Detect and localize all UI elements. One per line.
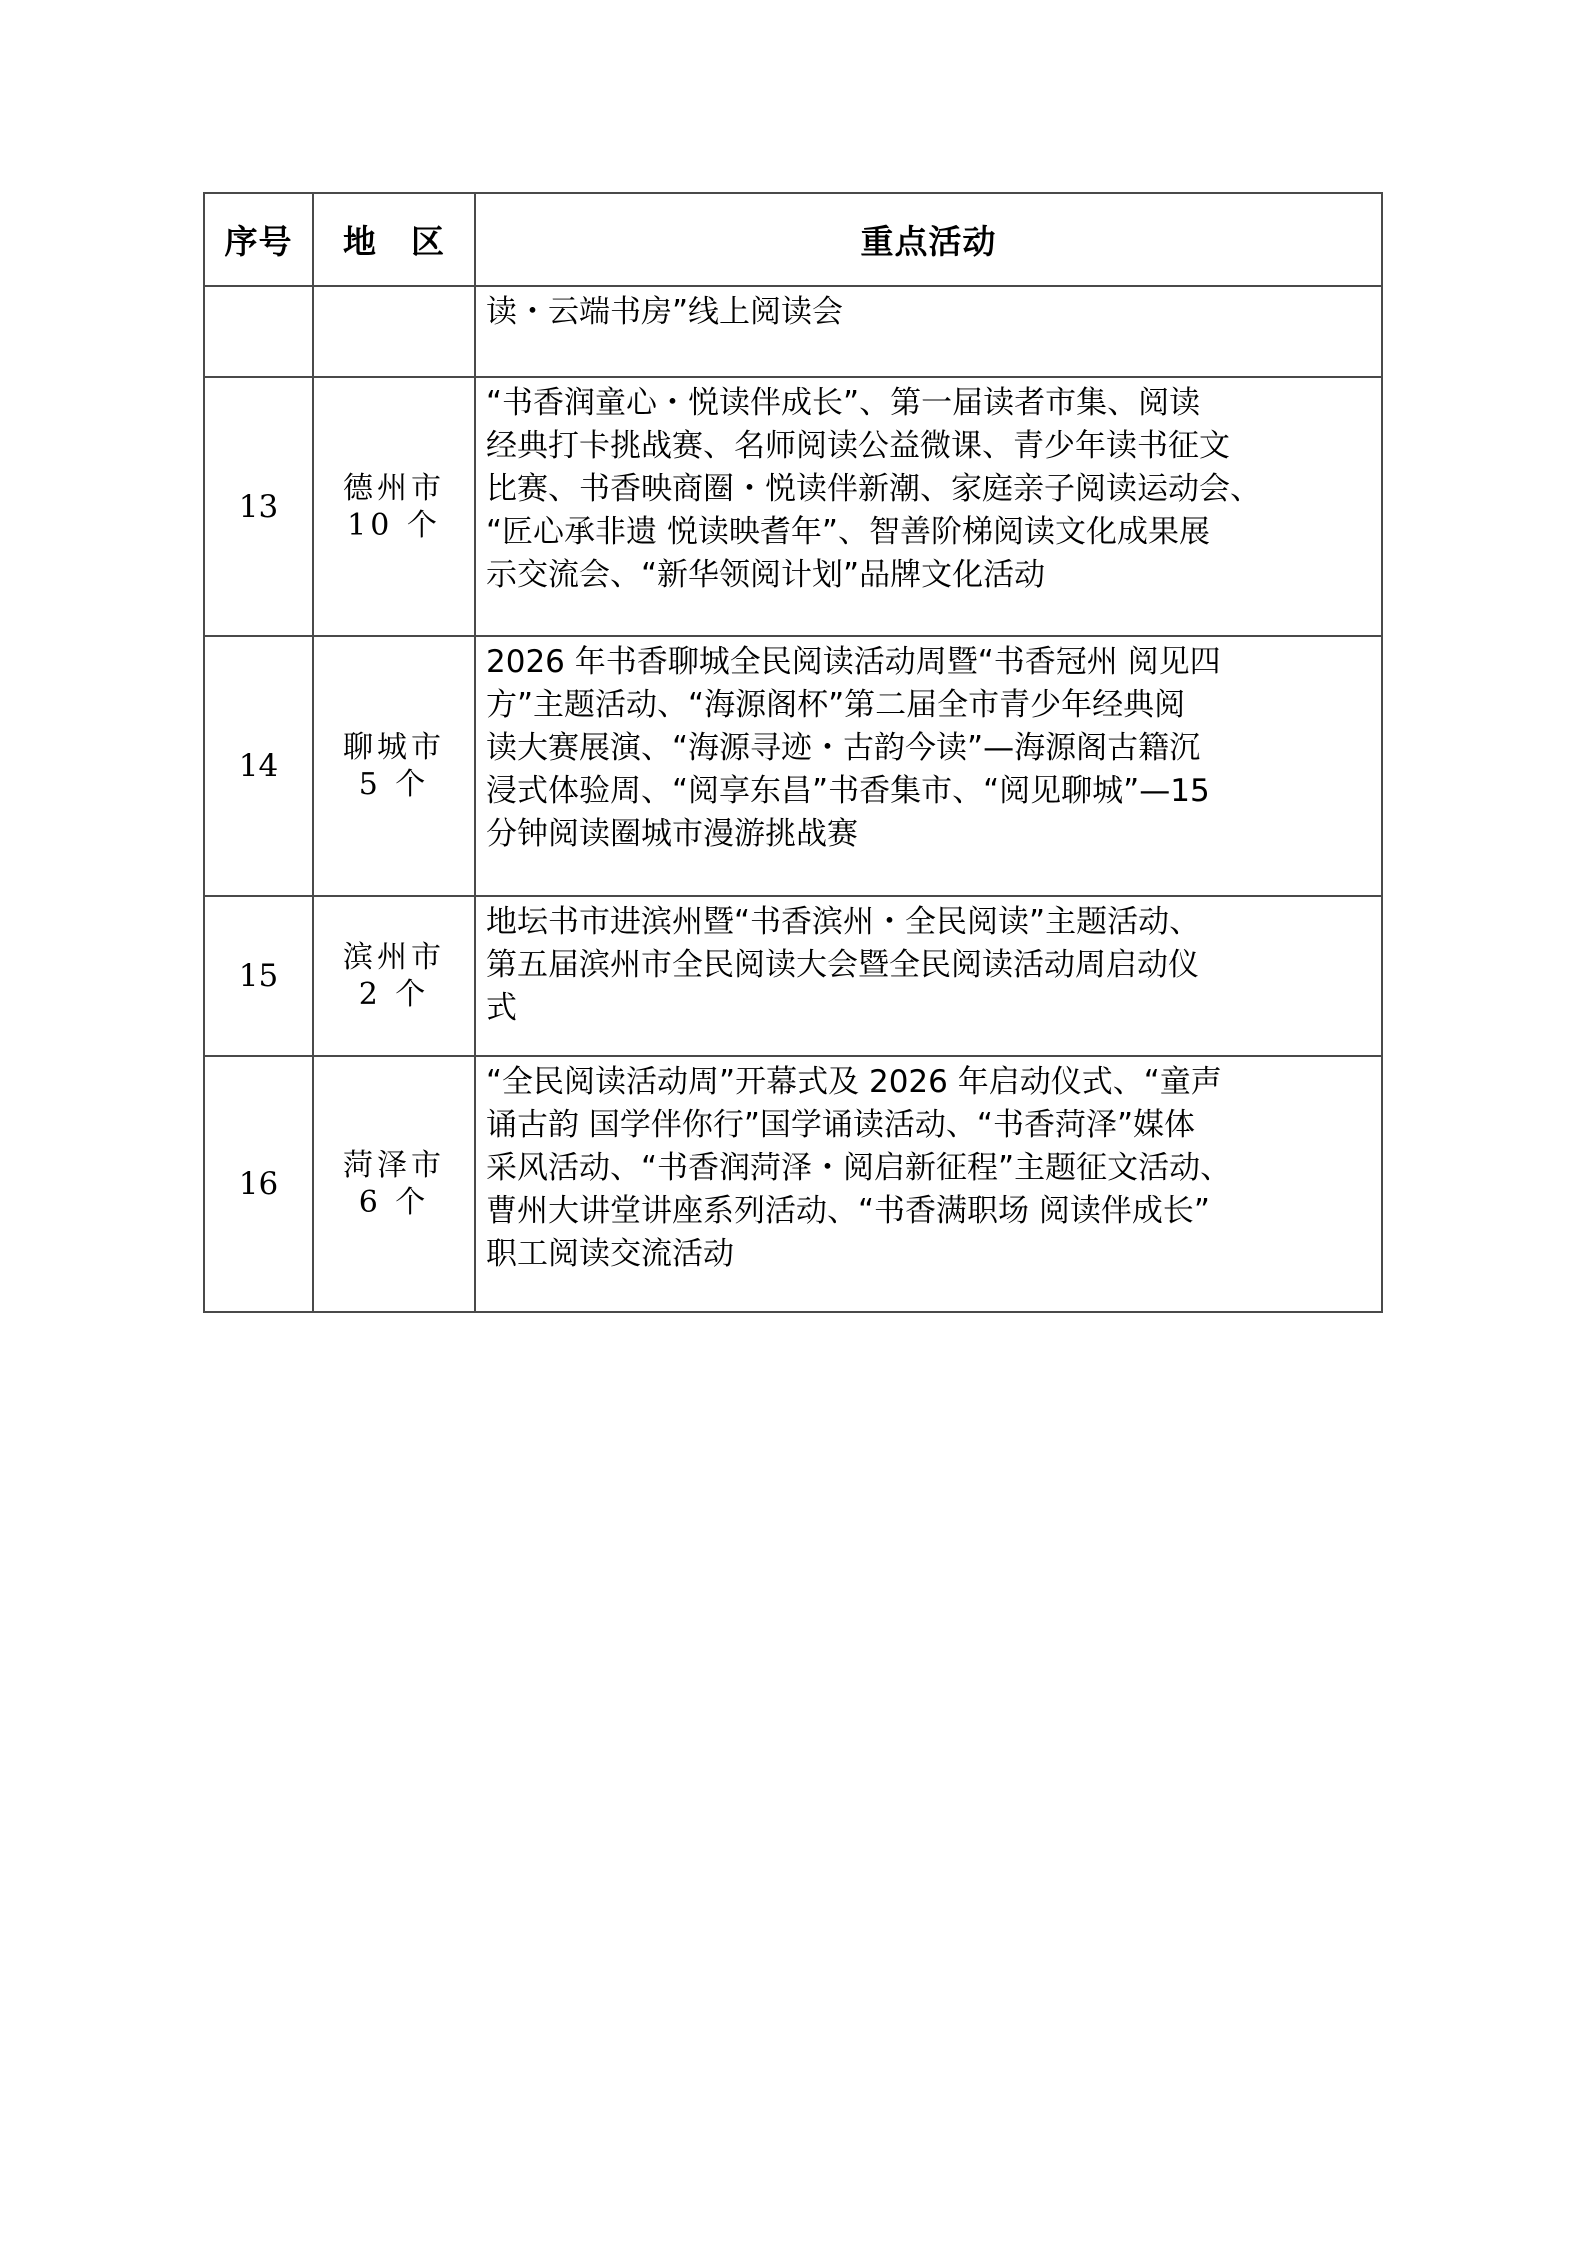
activity-line: 职工阅读交流活动	[486, 1233, 1371, 1276]
row-activities: 2026 年书香聊城全民阅读活动周暨“书香冠州 阅见四方”主题活动、“海源阁杯”…	[475, 636, 1382, 896]
activity-line: 第五届滨州市全民阅读大会暨全民阅读活动周启动仪	[486, 944, 1371, 987]
row-index: 13	[204, 377, 313, 636]
table-row: 读・云端书房”线上阅读会	[204, 286, 1382, 377]
activities-table: 序号 地 区 重点活动 读・云端书房”线上阅读会13德州市10 个“书香润童心・…	[203, 192, 1383, 1313]
row-activities: “书香润童心・悦读伴成长”、第一届读者市集、阅读经典打卡挑战赛、名师阅读公益微课…	[475, 377, 1382, 636]
activity-line: “书香润童心・悦读伴成长”、第一届读者市集、阅读	[486, 382, 1371, 425]
row-activities: 读・云端书房”线上阅读会	[475, 286, 1382, 377]
row-index: 15	[204, 896, 313, 1056]
row-index: 16	[204, 1056, 313, 1312]
activity-line: 2026 年书香聊城全民阅读活动周暨“书香冠州 阅见四	[486, 641, 1371, 684]
region-name: 菏泽市	[314, 1147, 474, 1184]
activity-line: “匠心承非遗 悦读映耆年”、智善阶梯阅读文化成果展	[486, 511, 1371, 554]
row-index: 14	[204, 636, 313, 896]
table-row: 15滨州市2 个地坛书市进滨州暨“书香滨州・全民阅读”主题活动、第五届滨州市全民…	[204, 896, 1382, 1056]
header-region: 地 区	[313, 193, 475, 286]
table-header-row: 序号 地 区 重点活动	[204, 193, 1382, 286]
region-count: 10 个	[314, 507, 474, 544]
table-row: 14聊城市5 个2026 年书香聊城全民阅读活动周暨“书香冠州 阅见四方”主题活…	[204, 636, 1382, 896]
activity-line: 分钟阅读圈城市漫游挑战赛	[486, 813, 1371, 856]
region-name: 聊城市	[314, 729, 474, 766]
region-count: 5 个	[314, 766, 474, 803]
row-region: 滨州市2 个	[313, 896, 475, 1056]
row-activities: 地坛书市进滨州暨“书香滨州・全民阅读”主题活动、第五届滨州市全民阅读大会暨全民阅…	[475, 896, 1382, 1056]
activity-line: 浸式体验周、“阅享东昌”书香集市、“阅见聊城”—15	[486, 770, 1371, 813]
activity-line: 示交流会、“新华领阅计划”品牌文化活动	[486, 554, 1371, 597]
activity-line: 诵古韵 国学伴你行”国学诵读活动、“书香菏泽”媒体	[486, 1104, 1371, 1147]
table-row: 16菏泽市6 个“全民阅读活动周”开幕式及 2026 年启动仪式、“童声诵古韵 …	[204, 1056, 1382, 1312]
activity-line: 采风活动、“书香润菏泽・阅启新征程”主题征文活动、	[486, 1147, 1371, 1190]
header-index: 序号	[204, 193, 313, 286]
activity-line: “全民阅读活动周”开幕式及 2026 年启动仪式、“童声	[486, 1061, 1371, 1104]
region-count: 6 个	[314, 1184, 474, 1221]
activity-line: 方”主题活动、“海源阁杯”第二届全市青少年经典阅	[486, 684, 1371, 727]
activity-line: 读大赛展演、“海源寻迹・古韵今读”—海源阁古籍沉	[486, 727, 1371, 770]
region-name: 滨州市	[314, 939, 474, 976]
row-activities: “全民阅读活动周”开幕式及 2026 年启动仪式、“童声诵古韵 国学伴你行”国学…	[475, 1056, 1382, 1312]
row-region: 德州市10 个	[313, 377, 475, 636]
activity-line: 经典打卡挑战赛、名师阅读公益微课、青少年读书征文	[486, 425, 1371, 468]
row-index	[204, 286, 313, 377]
row-region	[313, 286, 475, 377]
header-activities: 重点活动	[475, 193, 1382, 286]
row-region: 菏泽市6 个	[313, 1056, 475, 1312]
row-region: 聊城市5 个	[313, 636, 475, 896]
region-count: 2 个	[314, 976, 474, 1013]
activity-line: 曹州大讲堂讲座系列活动、“书香满职场 阅读伴成长”	[486, 1190, 1371, 1233]
region-name: 德州市	[314, 470, 474, 507]
table-row: 13德州市10 个“书香润童心・悦读伴成长”、第一届读者市集、阅读经典打卡挑战赛…	[204, 377, 1382, 636]
activity-line: 比赛、书香映商圈・悦读伴新潮、家庭亲子阅读运动会、	[486, 468, 1371, 511]
activity-line: 地坛书市进滨州暨“书香滨州・全民阅读”主题活动、	[486, 901, 1371, 944]
activity-line: 读・云端书房”线上阅读会	[486, 291, 1371, 334]
activity-line: 式	[486, 987, 1371, 1030]
